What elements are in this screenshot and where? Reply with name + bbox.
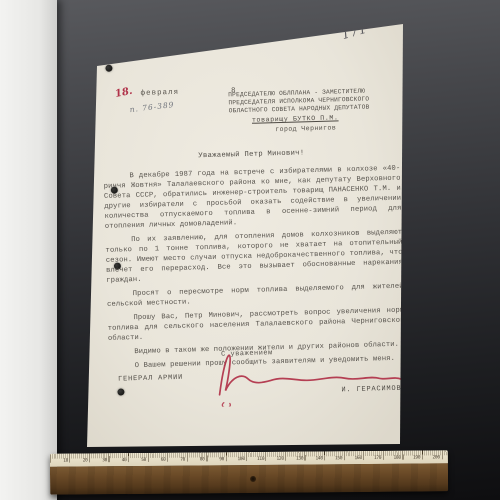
pencil-register-note: п. 76-389 — [129, 100, 175, 114]
ruler-number: 20 — [75, 458, 95, 463]
body-paragraph: Просят о пересмотре норм топлива выделяе… — [107, 282, 404, 310]
ruler-number: 40 — [114, 458, 134, 463]
ruler-number: 200 — [426, 455, 446, 460]
archive-photo: 171 18.февраля8 п. 76-389 ПРЕДСЕДАТЕЛЮ О… — [0, 0, 500, 500]
ruler-number: 80 — [192, 457, 212, 462]
left-surface — [0, 0, 57, 500]
ruler-number: 150 — [329, 456, 349, 461]
ruler-number: 110 — [251, 457, 271, 462]
ruler-number: 160 — [348, 456, 368, 461]
ruler-number: 180 — [387, 456, 407, 461]
ruler-number: 10 — [56, 459, 76, 464]
recipient-name: товарищу БУТКО П.М. — [252, 114, 339, 123]
ruler-number: 140 — [309, 456, 329, 461]
page-number: 171 — [340, 22, 369, 42]
body-paragraph: Прошу Вас, Петр Минович, рассмотреть воп… — [107, 306, 405, 344]
wooden-ruler: 1020304050607080901001101201301401501601… — [50, 450, 448, 494]
hole-punch — [117, 388, 124, 395]
ruler-number: 50 — [134, 458, 154, 463]
ruler-number: 170 — [368, 456, 388, 461]
ruler-number: 130 — [290, 456, 310, 461]
ruler-wood-body — [50, 463, 448, 494]
ruler-number: 90 — [212, 457, 232, 462]
recipient-block: ПРЕДСЕДАТЕЛЮ ОБЛПЛАНА - ЗАМЕСТИТЕЛЮПРЕДС… — [228, 87, 403, 115]
ruler-numbers: 1020304050607080901001101201301401501601… — [56, 455, 446, 463]
signature-ink — [198, 343, 415, 407]
ruler-number: 100 — [231, 457, 251, 462]
ruler-number: 30 — [95, 458, 115, 463]
wood-knot — [250, 476, 256, 482]
salutation: Уважаемый Петр Минович! — [103, 147, 400, 163]
body-paragraph: По их заявлению, для отопления домов кол… — [105, 228, 403, 286]
ruler-number: 60 — [153, 458, 173, 463]
date-month: февраля — [140, 89, 179, 98]
ruler-number: 120 — [270, 457, 290, 462]
ruler-number: 70 — [173, 457, 193, 462]
signer-rank: ГЕНЕРАЛ АРМИИ — [118, 374, 183, 384]
document-paper: 171 18.февраля8 п. 76-389 ПРЕДСЕДАТЕЛЮ О… — [85, 20, 407, 448]
ruler-number: 190 — [407, 455, 427, 460]
handwritten-day: 18. — [114, 86, 133, 100]
hole-punch — [105, 65, 112, 72]
body-paragraphs: В декабре 1987 года на встрече с избират… — [103, 164, 405, 372]
recipient-city: город Чернигов — [275, 124, 336, 133]
date-line: 18.февраля8 — [115, 84, 236, 98]
letter-body: Уважаемый Петр Минович! В декабре 1987 г… — [103, 147, 406, 376]
body-paragraph: В декабре 1987 года на встрече с избират… — [103, 164, 402, 232]
